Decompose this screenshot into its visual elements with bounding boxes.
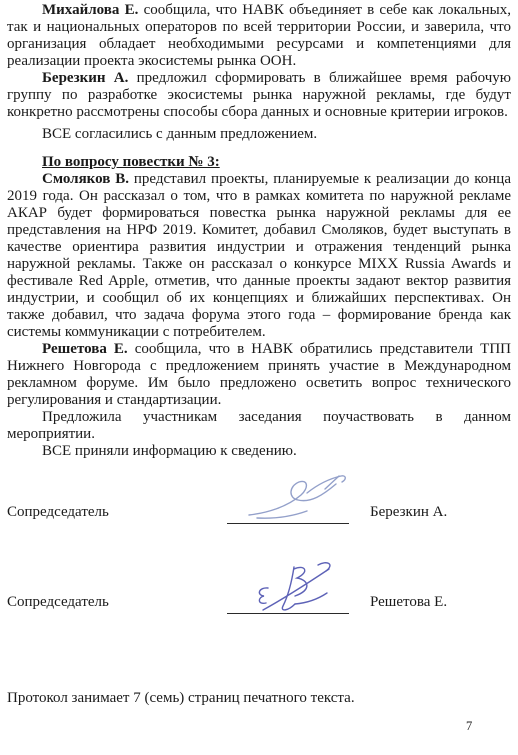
body-paragraph: Михайлова Е. сообщила, что НАВК объединя… (7, 2, 511, 70)
signature-name: Березкин А. (370, 504, 447, 521)
body-paragraph: Решетова Е. сообщила, что в НАВК обратил… (7, 341, 511, 409)
page-number: 7 (466, 719, 472, 734)
speaker-name: Смоляков В. (42, 171, 134, 187)
signature-row: Сопредседатель Березкин А. (7, 504, 511, 532)
speaker-name: Решетова Е. (42, 341, 135, 357)
signature-line (227, 613, 349, 614)
speaker-name: Березкин А. (42, 70, 137, 86)
signature-role: Сопредседатель (7, 594, 109, 611)
body-paragraph: Предложила участникам заседания поучаств… (7, 409, 511, 443)
body-paragraph: Березкин А. предложил сформировать в бли… (7, 70, 511, 121)
signature-line (227, 523, 349, 524)
speaker-name: Михайлова Е. (42, 2, 144, 18)
document-body: Михайлова Е. сообщила, что НАВК объединя… (7, 2, 511, 460)
agenda-item-heading: По вопросу повестки № 3: (7, 154, 511, 171)
body-paragraph: ВСЕ приняли информацию к сведению. (7, 443, 511, 460)
body-paragraph: Смоляков В. представил проекты, планируе… (7, 171, 511, 341)
footer-note: Протокол занимает 7 (семь) страниц печат… (7, 690, 355, 707)
paragraph-spacer (7, 143, 511, 154)
protocol-document-page: Михайлова Е. сообщила, что НАВК объединя… (0, 0, 518, 755)
signature-role: Сопредседатель (7, 504, 109, 521)
body-paragraph: ВСЕ согласились с данным предложением. (7, 126, 511, 143)
signature-name: Решетова Е. (370, 594, 447, 611)
signature-row: Сопредседатель Решетова Е. (7, 594, 511, 622)
